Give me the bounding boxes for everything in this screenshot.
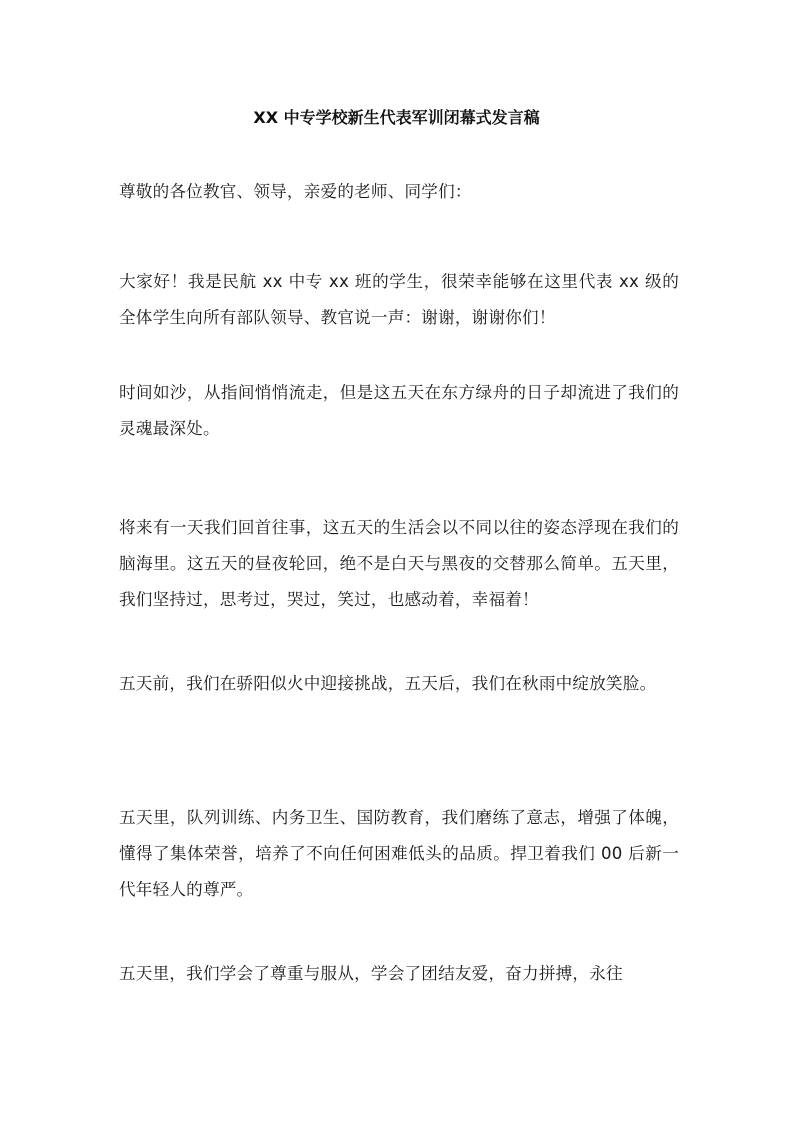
paragraph-future: 将来有一天我们回首往事，这五天的生活会以不同以往的姿态浮现在我们的脑海里。这五天… [119, 510, 679, 618]
paragraph-learned: 五天里，我们学会了尊重与服从，学会了团结友爱，奋力拼搏，永往 [119, 956, 679, 992]
paragraph-before-after: 五天前，我们在骄阳似火中迎接挑战，五天后，我们在秋雨中绽放笑脸。 [119, 666, 679, 702]
paragraph-time: 时间如沙，从指间悄悄流走，但是这五天在东方绿舟的日子却流进了我们的灵魂最深处。 [119, 375, 679, 447]
paragraph-training: 五天里，队列训练、内务卫生、国防教育，我们磨练了意志，增强了体魄，懂得了集体荣誉… [119, 800, 679, 908]
document-page: XX 中专学校新生代表军训闭幕式发言稿 尊敬的各位教官、领导，亲爱的老师、同学们… [0, 0, 793, 1122]
paragraph-salutation: 尊敬的各位教官、领导，亲爱的老师、同学们： [119, 174, 679, 210]
paragraph-greeting: 大家好！我是民航 xx 中专 xx 班的学生，很荣幸能够在这里代表 xx 级的全… [119, 264, 679, 336]
document-title: XX 中专学校新生代表军训闭幕式发言稿 [0, 106, 793, 130]
